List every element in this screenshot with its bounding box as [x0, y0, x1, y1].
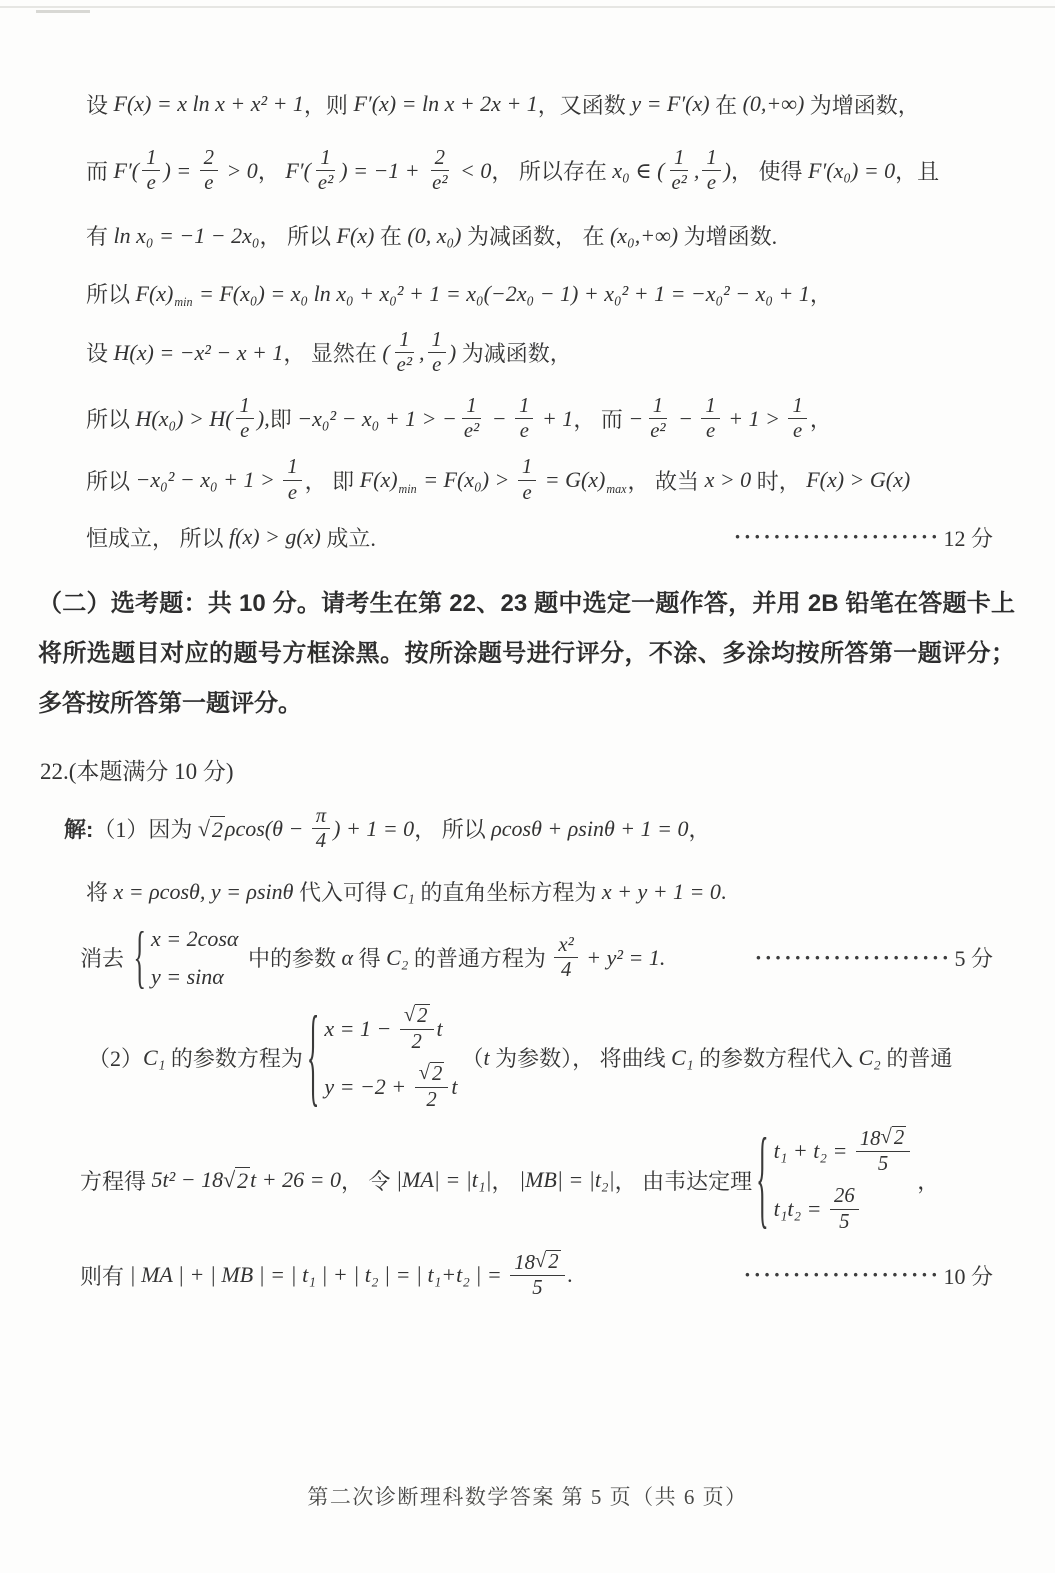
math-text: y = F′(x) [631, 91, 709, 117]
cn-text: 即 [270, 403, 298, 434]
numerator: 1 [701, 394, 719, 419]
math-text: x₀ ∈ ( [612, 158, 664, 184]
radical-icon: √ [404, 1004, 415, 1028]
numerator: 1 [515, 394, 533, 419]
math-text: 1 [705, 394, 715, 418]
denominator: e [516, 419, 533, 443]
denominator: e [143, 171, 160, 195]
math-text: 4 [316, 829, 326, 853]
radicand: 2 [546, 1250, 560, 1275]
math-text: e [240, 419, 249, 443]
math-text: = G(x) [539, 467, 605, 493]
cn-text: ， 即 [305, 465, 360, 496]
math-text: 1 [399, 328, 409, 352]
numerator: 1 [395, 328, 413, 353]
sqrt-radical: √2 [881, 1126, 907, 1151]
math-text: 1 [674, 146, 684, 170]
cn-text: 的参数方程代入 [693, 1042, 858, 1073]
cn-text: （ [461, 1042, 483, 1073]
cn-text: （2） [88, 1042, 143, 1073]
math-text: |MA| = |t₁| [396, 1167, 492, 1193]
cn-text: 中的参数 [242, 942, 341, 973]
math-text: . [568, 1262, 574, 1288]
math-text: 18 [860, 1127, 881, 1151]
math-text: , [419, 340, 425, 366]
math-text: 2 [426, 1088, 436, 1112]
formula-line: 所以 −x₀² − x₀ + 1 > 1e， 即 F(x)min = F(x₀)… [86, 455, 993, 505]
math-text: −x₀² − x₀ + 1 > [136, 467, 281, 493]
math-text: F′( [285, 158, 311, 184]
numerator: 2 [200, 146, 218, 171]
numerator: π [312, 804, 330, 829]
math-text: 2 [204, 146, 214, 170]
cases-row: x = 1 − √22t [324, 1004, 457, 1054]
formula-line: 有 ln x₀ = −1 − 2x₀， 所以 F(x) 在 (0, x₀) 为减… [86, 220, 993, 252]
math-text: F′(x) = ln x + 2x + 1 [353, 91, 537, 117]
page-footer: 第二次诊断理科数学答案 第 5 页（共 6 页） [0, 1481, 1055, 1511]
fraction: 2e² [428, 146, 451, 196]
fraction: 1e² [314, 146, 337, 196]
document-page: 设 F(x) = x ln x + x² + 1，则 F′(x) = ln x … [0, 0, 1055, 1573]
numerator: 26 [830, 1184, 859, 1209]
formula-line: 将 x = ρcosθ, y = ρsinθ 代入可得 C₁ 的直角坐标方程为 … [86, 876, 993, 908]
sqrt-radical: √2 [404, 1004, 430, 1029]
formula-line: 方程得 5t² − 18√2t + 26 = 0， 令 |MA| = |t₁|，… [80, 1126, 993, 1234]
fraction: √22 [415, 1062, 449, 1112]
cn-text: ， 令 [341, 1165, 396, 1196]
denominator: 5 [874, 1152, 892, 1176]
math-text: (0, x₀) [407, 223, 461, 249]
cn-text: 所以 [86, 278, 136, 309]
radical-icon: √ [223, 1167, 235, 1192]
formula-line: 消去 {x = 2cosαy = sinα 中的参数 α 得 C₂ 的普通方程为… [80, 924, 993, 992]
scan-artifact-line [0, 6, 1055, 8]
math-text: ) = [163, 158, 196, 184]
cn-text: 为参数）， 将曲线 [490, 1042, 672, 1073]
math-text: 1 [146, 146, 156, 170]
denominator: e [284, 481, 301, 505]
math-text: ρcos(θ − [225, 816, 309, 842]
cases-row: t₁t₂ = 265 [774, 1184, 914, 1234]
numerator: x² [554, 933, 577, 958]
math-text: y = −2 + [324, 1074, 411, 1100]
cn-text: 的普通 [881, 1042, 953, 1073]
radicand: 2 [430, 1062, 444, 1087]
radicand: 2 [210, 816, 225, 842]
scan-artifact-mark [36, 10, 90, 13]
denominator: e [200, 171, 217, 195]
formula-line: 设 F(x) = x ln x + x² + 1，则 F′(x) = ln x … [86, 88, 993, 120]
denominator: 4 [557, 958, 575, 982]
numerator: 1 [316, 146, 334, 171]
fraction: 1e [236, 394, 254, 444]
sqrt-radical: √2 [223, 1167, 250, 1193]
fraction: 1e [142, 146, 160, 196]
numerator: √2 [415, 1062, 449, 1088]
fraction: 2e [200, 146, 218, 196]
math-text: | MA | + | MB | = | t₁ | + | t₂ | = | t₁… [130, 1262, 508, 1288]
fraction: 1e [283, 455, 301, 505]
numerator: 18√2 [510, 1250, 564, 1276]
math-text: 1 [519, 394, 529, 418]
numerator: 1 [649, 394, 667, 419]
question21-solution-lines: 设 F(x) = x ln x + x² + 1，则 F′(x) = ln x … [0, 0, 1055, 553]
math-text: e [204, 171, 213, 195]
cn-text: ， 所以存在 [491, 155, 612, 186]
math-text: C₁ [143, 1045, 165, 1071]
math-text: |MB| = |t₂| [519, 1167, 615, 1193]
formula-line: 所以 F(x)min = F(x₀) = x₀ ln x₀ + x₀² + 1 … [86, 278, 993, 310]
cases-group: {x = 2cosαy = sinα [134, 924, 239, 992]
sqrt-radical: √2 [198, 816, 225, 842]
cn-text: ，则 [304, 89, 354, 120]
math-text: H(x₀) > H( [136, 406, 233, 432]
fraction: 1e² [460, 394, 483, 444]
numerator: 1 [142, 146, 160, 171]
math-text: F(x) [136, 281, 174, 307]
denominator: 5 [528, 1276, 546, 1300]
math-text: ) [449, 340, 456, 366]
math-text: 2 [411, 1030, 421, 1054]
denominator: e [428, 353, 445, 377]
cases-group: {t₁ + t₂ = 18√25t₁t₂ = 265 [756, 1126, 913, 1234]
math-text: x > 0 [705, 467, 752, 493]
numerator: 18√2 [856, 1126, 910, 1152]
fraction: 1e [428, 328, 446, 378]
sqrt-radical: √2 [535, 1250, 561, 1275]
denominator: e² [428, 171, 451, 195]
math-text: ) + 1 = 0 [333, 816, 414, 842]
math-text: 26 [834, 1184, 855, 1208]
cn-text: 在 [374, 220, 407, 251]
cn-text: 成立. [321, 522, 376, 553]
math-text: x = 2cosα [151, 926, 238, 952]
cases-row: t₁ + t₂ = 18√25 [774, 1126, 914, 1176]
math-text: e [707, 171, 716, 195]
math-text: −x₀² − x₀ + 1 > − [297, 406, 457, 432]
radical-icon: √ [535, 1250, 546, 1274]
subscript-label: max [606, 482, 626, 497]
cn-text: 有 [86, 220, 114, 251]
fraction: 1e [515, 394, 533, 444]
cn-text: ， 所以 [260, 220, 337, 251]
fraction: 1e² [393, 328, 416, 378]
denominator: e² [646, 419, 669, 443]
math-text: 18 [514, 1251, 535, 1275]
cn-text: 恒成立， 所以 [86, 522, 229, 553]
math-text: x = ρcosθ, y = ρsinθ [114, 879, 294, 905]
math-text: − [673, 406, 699, 432]
math-text: F(x) = x ln x + x² + 1 [114, 91, 304, 117]
math-text: t₁t₂ = [774, 1196, 827, 1222]
section-2-elective-instructions: （二）选考题：共 10 分。请考生在第 22、23 题中选定一题作答，并用 2B… [38, 579, 1015, 729]
math-text: t [437, 1016, 443, 1042]
cn-text: ， 而 [573, 403, 628, 434]
denominator: e [702, 419, 719, 443]
question22-solution-lines: 解:（1）因为 √2ρcos(θ − π4) + 1 = 0， 所以 ρcosθ… [0, 804, 1055, 1300]
math-text: ρcosθ + ρsinθ + 1 = 0 [491, 816, 688, 842]
cn-text: ， [492, 1165, 520, 1196]
cn-text: 10 分 [943, 1260, 993, 1291]
numerator: 1 [702, 146, 720, 171]
cn-text: 为增函数. [678, 220, 777, 251]
math-text: 1 [466, 394, 476, 418]
formula-line: 则有 | MA | + | MB | = | t₁ | + | t₂ | = |… [80, 1250, 993, 1300]
formula-line: 恒成立， 所以 f(x) > g(x) 成立.·················… [86, 521, 993, 553]
cases-row: x = 2cosα [151, 924, 238, 954]
math-text: H(x) = −x² − x + 1 [114, 340, 284, 366]
cn-text: （1）因为 [93, 813, 198, 844]
cn-text: 时， [751, 465, 806, 496]
cases-rows: x = 2cosαy = sinα [151, 924, 238, 992]
dotted-leader: ···················· [744, 1262, 941, 1288]
denominator: e [518, 481, 535, 505]
math-text: C₁ [392, 879, 414, 905]
math-text: y = sinα [151, 964, 224, 990]
cn-text: ，又函数 [538, 89, 632, 120]
fraction: 1e [788, 394, 806, 444]
left-brace-icon: { [307, 994, 319, 1122]
fraction: 265 [830, 1184, 859, 1234]
math-text: C₁ [671, 1045, 693, 1071]
cn-text: 5 分 [954, 942, 993, 973]
cases-rows: t₁ + t₂ = 18√25t₁t₂ = 265 [774, 1126, 914, 1234]
fraction: 1e² [646, 394, 669, 444]
left-brace-icon: { [134, 917, 146, 998]
math-text: ) [724, 158, 731, 184]
left-brace-icon: { [756, 1116, 768, 1244]
math-text: 5 [839, 1210, 849, 1234]
math-text: 5t² − 18 [152, 1167, 224, 1193]
math-text: e² [432, 171, 447, 195]
math-text: e [147, 171, 156, 195]
cn-text: ， 由韦达定理 [615, 1165, 753, 1196]
denominator: e² [314, 171, 337, 195]
subscript-label: min [399, 482, 417, 497]
cn-text: 的参数方程为 [165, 1042, 303, 1073]
cn-text: 的普通方程为 [408, 942, 551, 973]
formula-line: （2）C₁ 的参数方程为{x = 1 − √22ty = −2 + √22t（t… [88, 1004, 993, 1112]
cn-text: 代入可得 [293, 876, 392, 907]
denominator: e [703, 171, 720, 195]
fraction: 1e [702, 146, 720, 196]
cn-text: 方程得 [80, 1165, 152, 1196]
formula-line: 而 F′(1e) = 2e > 0， F′(1e²) = −1 + 2e² < … [86, 146, 993, 196]
cn-text: ， [258, 155, 286, 186]
math-text: − [486, 406, 512, 432]
radical-icon: √ [419, 1062, 430, 1086]
math-text: x = 1 − [324, 1016, 396, 1042]
cn-text: 设 [86, 337, 114, 368]
math-text: > 0 [221, 158, 258, 184]
math-text: 1 [522, 455, 532, 479]
math-text: e² [397, 353, 412, 377]
math-text: F′(x₀) = 0 [808, 158, 895, 184]
cn-text: ， [810, 403, 832, 434]
cn-text: ， [688, 813, 710, 844]
fraction: 1e² [667, 146, 690, 196]
formula-line: 解:（1）因为 √2ρcos(θ − π4) + 1 = 0， 所以 ρcosθ… [64, 804, 993, 854]
formula-line: 所以 H(x₀) > H(1e),即 −x₀² − x₀ + 1 > −1e² … [86, 394, 993, 444]
sqrt-radical: √2 [419, 1062, 445, 1087]
cn-text: 为减函数， 在 [461, 220, 610, 251]
math-text: + 1 > [723, 406, 786, 432]
math-text: + 1 [536, 406, 573, 432]
formula-line: 设 H(x) = −x² − x + 1， 显然在 (1e²,1e) 为减函数， [86, 328, 993, 378]
cases-group: {x = 1 − √22ty = −2 + √22t [307, 1004, 458, 1112]
math-text: 1 [320, 146, 330, 170]
fraction: 18√25 [856, 1126, 910, 1176]
cn-text: ， 显然在 [283, 337, 382, 368]
math-text: e [793, 419, 802, 443]
cn-text: ， 故当 [628, 465, 705, 496]
math-text: 1 [792, 394, 802, 418]
cases-row: y = −2 + √22t [324, 1062, 457, 1112]
numerator: 2 [431, 146, 449, 171]
numerator: 1 [283, 455, 301, 480]
math-text: 5 [532, 1276, 542, 1300]
fraction: √22 [400, 1004, 434, 1054]
math-text: F(x) > G(x) [806, 467, 910, 493]
math-text: e [432, 353, 441, 377]
math-text: e² [650, 419, 665, 443]
numerator: 1 [788, 394, 806, 419]
math-text: 1 [432, 328, 442, 352]
cn-text: . [721, 879, 727, 905]
numerator: 1 [462, 394, 480, 419]
math-text: + y² = 1. [581, 945, 666, 971]
math-text: e² [671, 171, 686, 195]
math-text: 1 [240, 394, 250, 418]
dotted-leader: ····················· [734, 524, 941, 550]
radical-icon: √ [881, 1126, 892, 1150]
math-text: t₁ + t₂ = [774, 1138, 853, 1164]
cn-text: 为减函数， [456, 337, 572, 368]
math-text: t [451, 1074, 457, 1100]
cn-text: 为增函数， [804, 89, 920, 120]
cn-text: 而 [86, 155, 114, 186]
math-text: f(x) > g(x) [229, 524, 321, 550]
denominator: 4 [312, 829, 330, 853]
cn-text: ， 所以 [414, 813, 491, 844]
cn-text: ， [810, 278, 832, 309]
cn-text: ，且 [895, 155, 939, 186]
denominator: e² [460, 419, 483, 443]
fraction: x²4 [554, 933, 577, 983]
cn-text: ， [917, 1165, 939, 1196]
radicand: 2 [415, 1004, 429, 1029]
denominator: e² [667, 171, 690, 195]
math-text: 5 [878, 1152, 888, 1176]
denominator: 2 [407, 1030, 425, 1054]
denominator: e [236, 419, 253, 443]
numerator: √2 [400, 1004, 434, 1030]
math-text: 2 [435, 146, 445, 170]
math-text: x² [558, 933, 573, 957]
cn-text: 设 [86, 89, 114, 120]
math-text: t + 26 = 0 [250, 1167, 341, 1193]
math-text: ) = −1 + [340, 158, 425, 184]
math-text: ), [257, 406, 270, 432]
math-text: e [522, 481, 531, 505]
dotted-leader: ···················· [755, 945, 952, 971]
math-text: F′( [114, 158, 140, 184]
math-text: ( [382, 340, 389, 366]
radical-icon: √ [198, 816, 210, 841]
math-text: α [342, 945, 354, 971]
cn-text: 的直角坐标方程为 [415, 876, 602, 907]
cases-row: y = sinα [151, 962, 238, 992]
bold-label: 解: [64, 813, 93, 844]
cn-text: 则有 [80, 1260, 130, 1291]
radicand: 2 [235, 1167, 250, 1193]
cn-text: 得 [353, 942, 386, 973]
math-text: π [316, 804, 326, 828]
denominator: e² [393, 353, 416, 377]
math-text: 1 [653, 394, 663, 418]
cn-text: 在 [710, 89, 743, 120]
math-text: C₂ [386, 945, 408, 971]
math-text: x + y + 1 = 0 [602, 879, 721, 905]
math-text: (0,+∞) [743, 91, 805, 117]
math-text: − [628, 406, 643, 432]
math-text: < 0 [455, 158, 492, 184]
math-text: = F(x₀) = x₀ ln x₀ + x₀² + 1 = x₀(−2x₀ −… [194, 281, 810, 307]
radicand: 2 [892, 1126, 906, 1151]
math-text: C₂ [858, 1045, 880, 1071]
numerator: 1 [518, 455, 536, 480]
cn-text: 将 [86, 876, 114, 907]
question-22-header: 22.(本题满分 10 分) [40, 753, 1015, 786]
math-text: e [288, 481, 297, 505]
fraction: π4 [312, 804, 330, 854]
numerator: 1 [428, 328, 446, 353]
cases-rows: x = 1 − √22ty = −2 + √22t [324, 1004, 457, 1112]
fraction: 1e [518, 455, 536, 505]
denominator: 2 [422, 1088, 440, 1112]
math-text: e² [318, 171, 333, 195]
cn-text: 所以 [86, 403, 136, 434]
math-text: F(x) [337, 223, 375, 249]
math-text: ln x₀ = −1 − 2x₀ [114, 223, 260, 249]
math-text: , [694, 158, 700, 184]
numerator: 1 [236, 394, 254, 419]
math-text: e² [464, 419, 479, 443]
math-text: 1 [706, 146, 716, 170]
fraction: 1e [701, 394, 719, 444]
math-text: (x₀,+∞) [610, 223, 678, 249]
subscript-label: min [174, 295, 192, 310]
fraction: 18√25 [510, 1250, 564, 1300]
math-text: e [706, 419, 715, 443]
math-text: e [520, 419, 529, 443]
cn-text: 12 分 [943, 522, 993, 553]
math-text: F(x) [360, 467, 398, 493]
math-text: 4 [561, 958, 571, 982]
numerator: 1 [670, 146, 688, 171]
math-text: = F(x₀) > [418, 467, 515, 493]
denominator: e [789, 419, 806, 443]
cn-text: 消去 [80, 942, 130, 973]
math-text: 1 [287, 455, 297, 479]
cn-text: 所以 [86, 465, 136, 496]
denominator: 5 [835, 1210, 853, 1234]
cn-text: ， 使得 [731, 155, 808, 186]
